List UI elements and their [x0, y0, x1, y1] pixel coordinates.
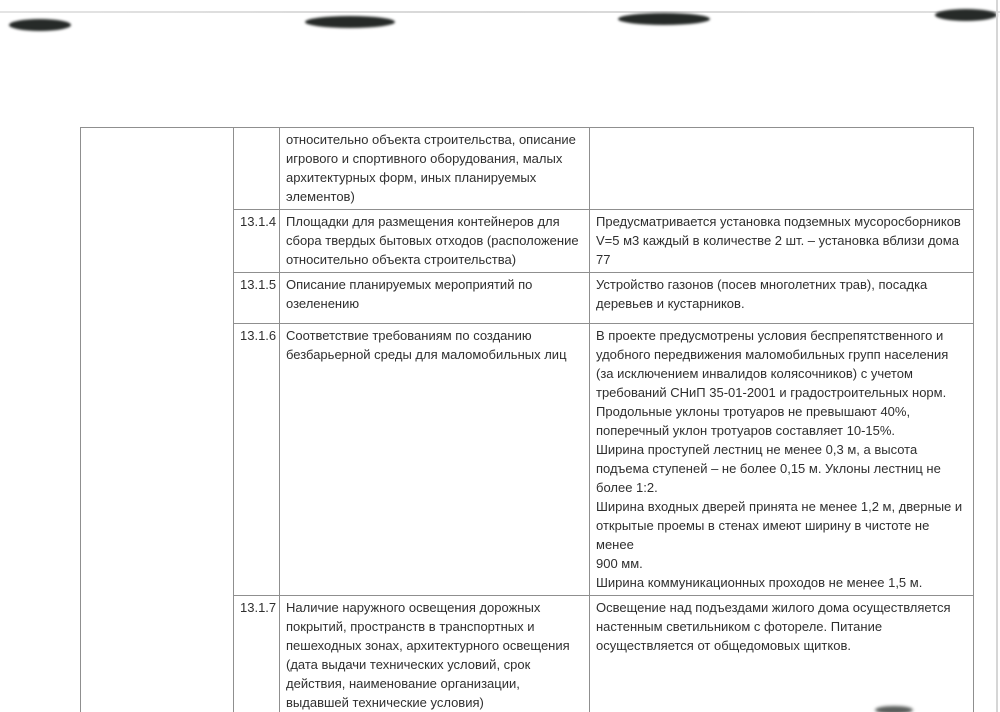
description-line: действия, наименование организации,	[286, 674, 583, 693]
value-line: 77	[596, 250, 967, 269]
scan-artifact	[618, 13, 710, 25]
document-table: относительно объекта строительства, опис…	[80, 127, 974, 712]
item-number	[234, 128, 280, 210]
value-line: 900 мм.	[596, 554, 967, 573]
value-line: Устройство газонов (посев многолетних тр…	[596, 275, 967, 294]
description-line: элементов)	[286, 187, 583, 206]
value-line: настенным светильником с фотореле. Питан…	[596, 617, 967, 636]
value-line: Ширина коммуникационных проходов не мене…	[596, 573, 967, 592]
description-line: сбора твердых бытовых отходов (расположе…	[286, 231, 583, 250]
description-line: (дата выдачи технических условий, срок	[286, 655, 583, 674]
item-number: 13.1.4	[234, 210, 280, 273]
item-number: 13.1.6	[234, 324, 280, 596]
description-line: выдавшей технические условия)	[286, 693, 583, 712]
value-line: Продольные уклоны тротуаров не превышают…	[596, 402, 967, 421]
value-line: осуществляется от общедомовых щитков.	[596, 636, 967, 655]
value-line: Предусматривается установка подземных му…	[596, 212, 967, 231]
value-line: Ширина проступей лестниц не менее 0,3 м,…	[596, 440, 967, 459]
value-line: деревьев и кустарников.	[596, 294, 967, 313]
page-edge	[996, 0, 998, 712]
value-line: (за исключением инвалидов колясочников) …	[596, 364, 967, 383]
table-body: относительно объекта строительства, опис…	[81, 128, 974, 712]
item-value	[590, 128, 974, 210]
value-line: поперечный уклон тротуаров составляет 10…	[596, 421, 967, 440]
value-line: V=5 м3 каждый в количестве 2 шт. – устан…	[596, 231, 967, 250]
blank-section-cell	[81, 128, 234, 712]
description-line: Наличие наружного освещения дорожных	[286, 598, 583, 617]
description-line: пешеходных зонах, архитектурного освещен…	[286, 636, 583, 655]
scan-artifact	[935, 9, 997, 21]
item-description: относительно объекта строительства, опис…	[280, 128, 590, 210]
value-line: требований СНиП 35-01-2001 и градостроит…	[596, 383, 967, 402]
description-line: Площадки для размещения контейнеров для	[286, 212, 583, 231]
scan-artifact	[305, 16, 395, 28]
table-row: относительно объекта строительства, опис…	[81, 128, 974, 210]
description-line: Соответствие требованиям по созданию	[286, 326, 583, 345]
item-number: 13.1.7	[234, 596, 280, 712]
value-line: удобного передвижения маломобильных груп…	[596, 345, 967, 364]
description-line: относительно объекта строительства, опис…	[286, 130, 583, 149]
description-line: архитектурных форм, иных планируемых	[286, 168, 583, 187]
item-description: Наличие наружного освещения дорожныхпокр…	[280, 596, 590, 712]
value-line: подъема ступеней – не более 0,15 м. Укло…	[596, 459, 967, 478]
value-line: Ширина входных дверей принята не менее 1…	[596, 497, 967, 516]
item-value: Предусматривается установка подземных му…	[590, 210, 974, 273]
description-line: озеленению	[286, 294, 583, 313]
description-line: покрытий, пространств в транспортных и	[286, 617, 583, 636]
item-value: Освещение над подъездами жилого дома осу…	[590, 596, 974, 712]
item-number: 13.1.5	[234, 273, 280, 324]
description-line: относительно объекта строительства)	[286, 250, 583, 269]
value-line: открытые проемы в стенах имеют ширину в …	[596, 516, 967, 554]
scan-artifact	[9, 19, 71, 31]
item-description: Соответствие требованиям по созданиюбезб…	[280, 324, 590, 596]
value-line: Освещение над подъездами жилого дома осу…	[596, 598, 967, 617]
item-description: Описание планируемых мероприятий поозеле…	[280, 273, 590, 324]
value-line: более 1:2.	[596, 478, 967, 497]
description-line: безбарьерной среды для маломобильных лиц	[286, 345, 583, 364]
description-line: Описание планируемых мероприятий по	[286, 275, 583, 294]
item-description: Площадки для размещения контейнеров дляс…	[280, 210, 590, 273]
scan-edge-line	[0, 11, 1000, 13]
value-line: В проекте предусмотрены условия беспрепя…	[596, 326, 967, 345]
item-value: В проекте предусмотрены условия беспрепя…	[590, 324, 974, 596]
description-line: игрового и спортивного оборудования, мал…	[286, 149, 583, 168]
item-value: Устройство газонов (посев многолетних тр…	[590, 273, 974, 324]
